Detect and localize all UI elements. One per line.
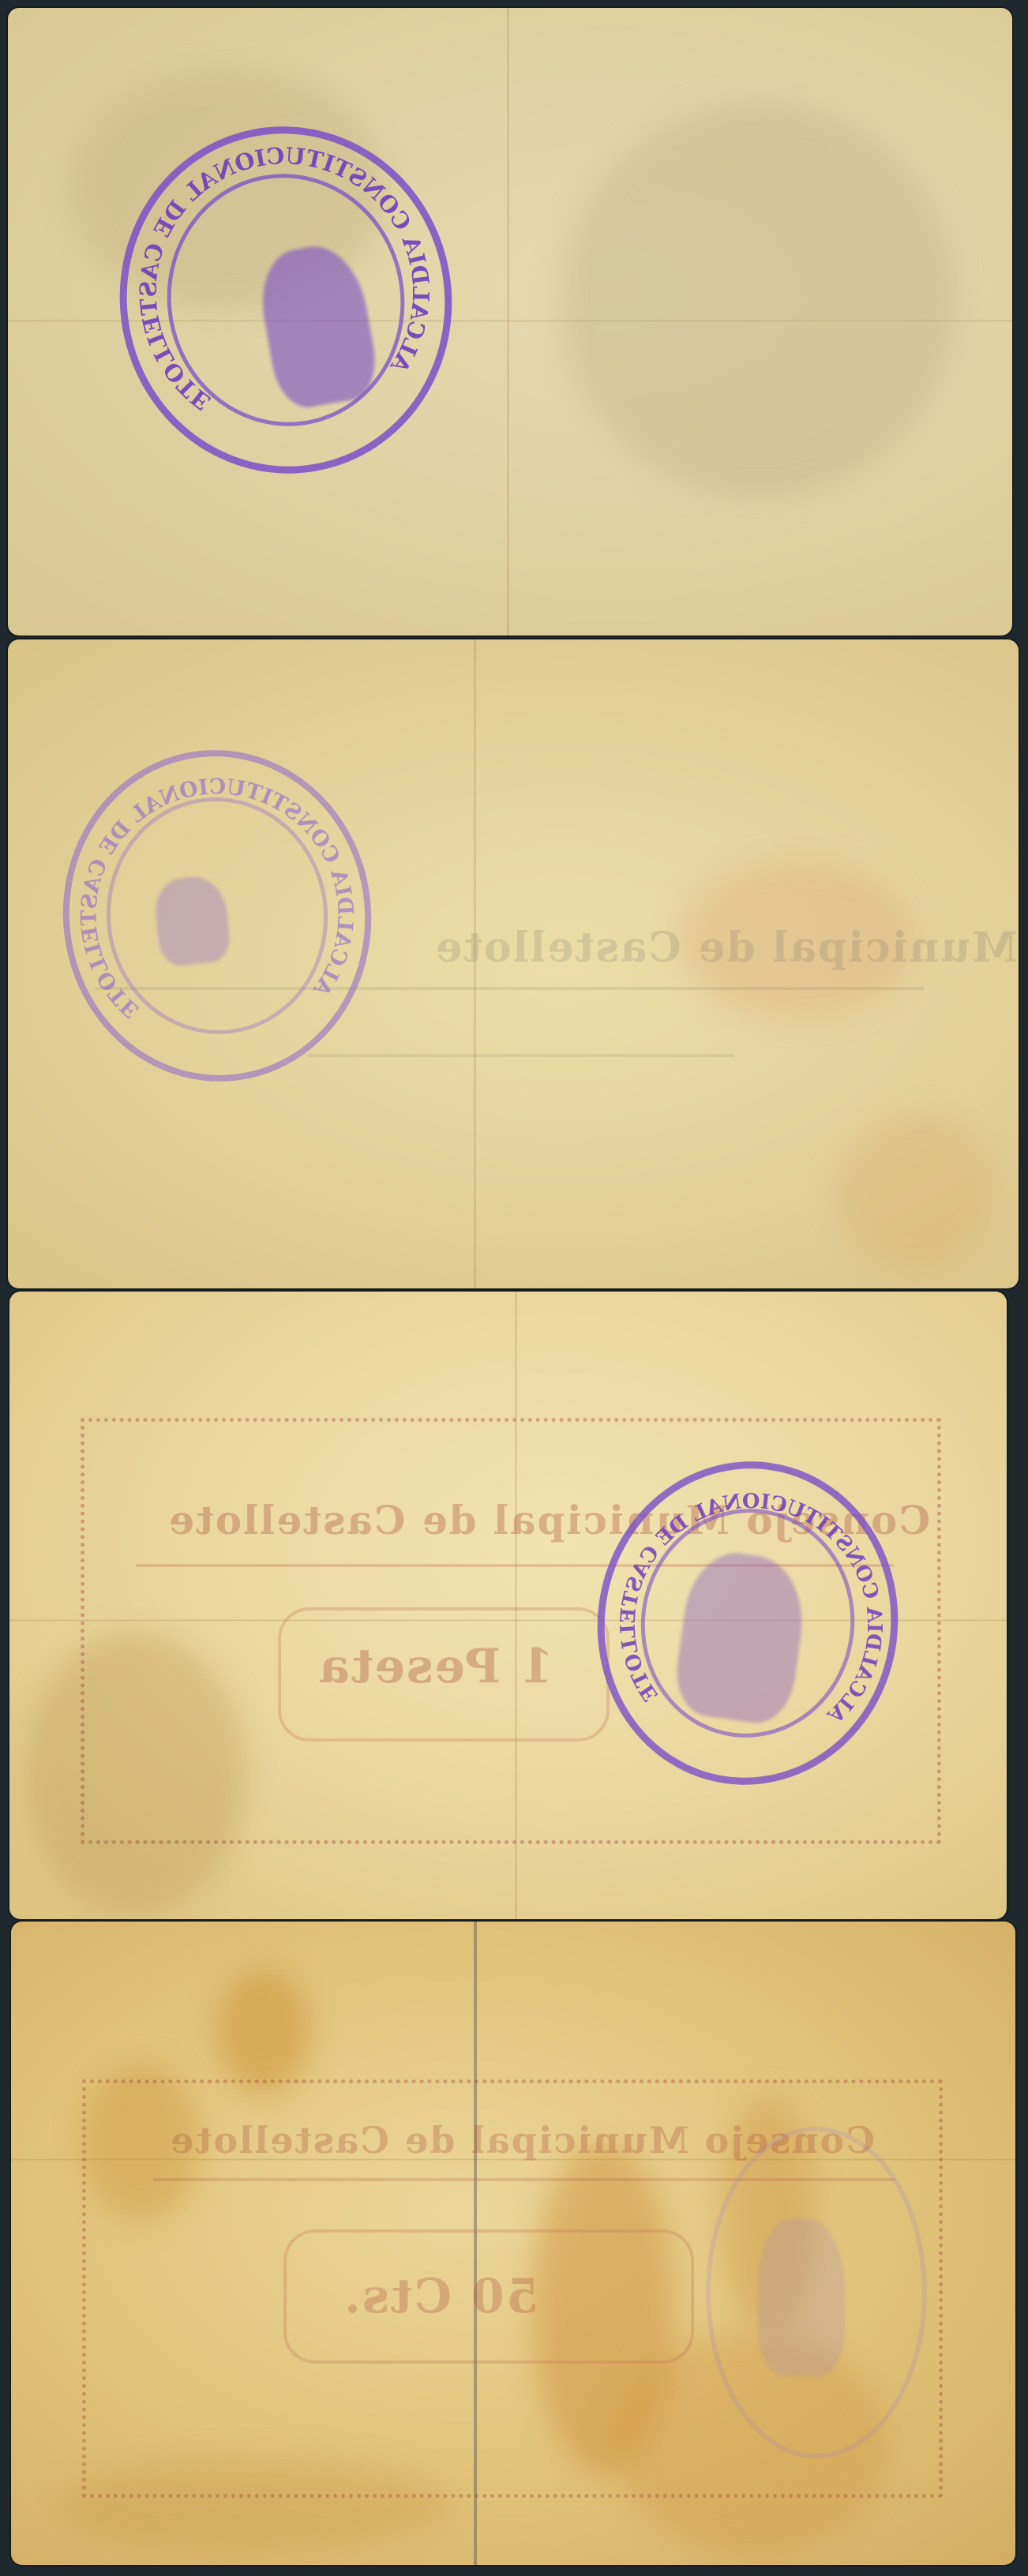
stain bbox=[216, 1969, 311, 2095]
fold-line bbox=[507, 8, 509, 636]
municipal-stamp: ALCALDIA CONSTITUCIONAL DE CASTELLOTE bbox=[92, 100, 479, 500]
stamp-text: ALCALDIA CONSTITUCIONAL DE CASTELLOTE bbox=[584, 1450, 910, 1797]
stamp-text: ALCALDIA CONSTITUCIONAL DE CASTELLOTE bbox=[100, 108, 471, 491]
stamp-text: ALCALDIA CONSTITUCIONAL DE CASTELLOTE bbox=[54, 742, 381, 1090]
stamp-emblem-icon bbox=[758, 2218, 845, 2376]
banknote-1: ALCALDIA CONSTITUCIONAL DE CASTELLOTE bbox=[8, 8, 1012, 636]
banknote-3: Consejo Municipal de Castellote 1 Peseta… bbox=[9, 1292, 1007, 1919]
bleed-through-value: 1 Peseta bbox=[317, 1639, 553, 1694]
svg-text:ALCALDIA CONSTITUCIONAL DE CAS: ALCALDIA CONSTITUCIONAL DE CASTELLOTE bbox=[605, 1472, 904, 1738]
banknote-2: Consejo Municipal de Castellote ALCALDIA… bbox=[8, 639, 1019, 1288]
svg-text:ALCALDIA CONSTITUCIONAL DE CAS: ALCALDIA CONSTITUCIONAL DE CASTELLOTE bbox=[111, 118, 451, 423]
bleed-through-title: Consejo Municipal de Castellote bbox=[434, 924, 1019, 972]
bleed-through-value: 50 Cts. bbox=[343, 2269, 539, 2324]
banknote-4: Consejo Municipal de Castellote 50 Cts. bbox=[11, 1922, 1015, 2565]
stain bbox=[837, 1113, 995, 1271]
municipal-stamp bbox=[706, 2127, 927, 2458]
stain bbox=[561, 103, 955, 497]
municipal-stamp: ALCALDIA CONSTITUCIONAL DE CASTELLOTE bbox=[576, 1442, 918, 1805]
municipal-stamp: ALCALDIA CONSTITUCIONAL DE CASTELLOTE bbox=[47, 735, 388, 1097]
svg-text:ALCALDIA CONSTITUCIONAL DE CAS: ALCALDIA CONSTITUCIONAL DE CASTELLOTE bbox=[63, 761, 367, 1027]
